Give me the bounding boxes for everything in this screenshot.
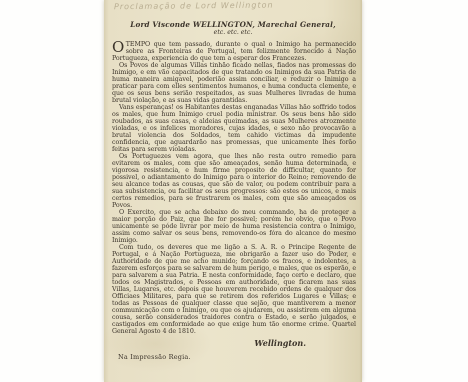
paragraph: OTEMPO que tem passado, durante o qual o… bbox=[112, 41, 356, 62]
paragraph: O Exercito, que se acha debaixo do meu c… bbox=[112, 209, 356, 244]
document-title-etc: etc. etc. etc. bbox=[104, 29, 362, 36]
drop-cap: O bbox=[112, 41, 126, 54]
paragraph: Os Povos de algumas Villas tinhão ficado… bbox=[112, 62, 356, 104]
paragraph: Vans esperanças! os Habitantes destas en… bbox=[112, 104, 356, 153]
paragraph: Os Portuguezes vem agora, que lhes não r… bbox=[112, 153, 356, 209]
printer-imprint: Na Impressão Regia. bbox=[104, 353, 362, 361]
document-body: OTEMPO que tem passado, durante o qual o… bbox=[104, 41, 362, 335]
paragraph-text: TEMPO que tem passado, durante o qual o … bbox=[112, 41, 356, 62]
handwritten-note: Proclamação de Lord Wellington bbox=[114, 0, 344, 11]
document-title: Lord Visconde WELLINGTON, Marechal Gener… bbox=[104, 21, 362, 29]
photo-background: Proclamação de Lord Wellington Lord Visc… bbox=[0, 0, 468, 382]
paragraph: Com tudo, os deveres que me ligão a S. A… bbox=[112, 244, 356, 335]
document-page: Proclamação de Lord Wellington Lord Visc… bbox=[104, 0, 362, 382]
signature: Wellington. bbox=[104, 338, 362, 348]
